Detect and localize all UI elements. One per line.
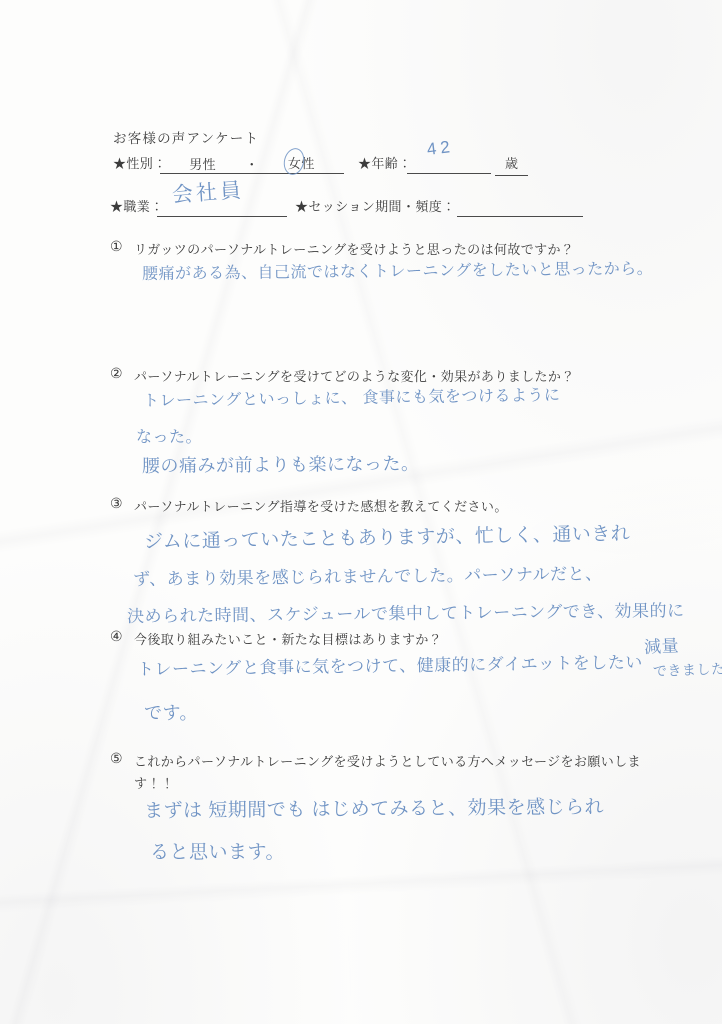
- question-4-number: ④: [110, 629, 123, 646]
- session-label: ★セッション期間・頻度：: [295, 196, 456, 215]
- question-3-number: ③: [110, 496, 123, 513]
- answer-3-overflow-line-2: できました。: [653, 658, 722, 681]
- answer-3-line-1: ジムに通っていたこともありますが、忙しく、通いきれ: [144, 519, 631, 554]
- answer-5-line-1: まずは 短期間でも はじめてみると、効果を感じられ: [144, 792, 604, 823]
- question-4-text: 今後取り組みたいこと・新たな目標はありますか？: [134, 629, 442, 651]
- age-suffix: 歳: [495, 153, 528, 176]
- answer-2-line-3: 腰の痛みが前よりも楽になった。: [142, 450, 420, 478]
- answer-3-line-3: 決められた時間、スケジュールで集中してトレーニングでき、効果的に: [127, 596, 685, 627]
- question-5: ⑤ これからパーソナルトレーニングを受けようとしている方へメッセージをお願いしま…: [110, 751, 641, 795]
- answer-3-overflow-line-1: 減量: [643, 631, 679, 658]
- answer-4-line-1: トレーニングと食事に気をつけて、健康的にダイエットをしたい: [137, 648, 643, 680]
- page-title: お客様の声アンケート: [113, 127, 259, 147]
- question-3-text: パーソナルトレーニング指導を受けた感想を教えてください。: [134, 496, 508, 518]
- answer-5-line-2: ると思います。: [150, 837, 285, 864]
- answer-1-line-1: 腰痛がある為、自己流ではなくトレーニングをしたいと思ったから。: [142, 256, 653, 284]
- gender-field-line: 男性 ・ 女性: [160, 153, 344, 174]
- gender-label: ★性別：: [113, 153, 167, 172]
- age-handwritten-value: 42: [426, 137, 455, 160]
- gender-option-male: 男性: [189, 154, 216, 173]
- occupation-handwritten-value: 会社員: [171, 174, 245, 209]
- answer-3-line-2: ず、あまり効果を感じられませんでした。パーソナルだと、: [133, 559, 603, 590]
- answer-4-line-2: です。: [144, 699, 198, 725]
- gender-option-female: 女性: [288, 153, 315, 173]
- gender-selection-circle-mark: [281, 146, 307, 177]
- age-label: ★年齢：: [358, 153, 412, 172]
- question-5-text-line-1: これからパーソナルトレーニングを受けようとしている方へメッセージをお願いしま: [134, 751, 641, 773]
- gender-option-separator: ・: [245, 154, 258, 173]
- question-2-number: ②: [110, 366, 123, 383]
- answer-2-line-2: なった。: [136, 424, 202, 447]
- answer-2-line-1: トレーニングといっしょに、 食事にも気をつけるように: [143, 382, 561, 411]
- scanned-survey-page: お客様の声アンケート ★性別： 男性 ・ 女性 ★年齢： 42 歳 ★職業： 会…: [0, 0, 722, 1024]
- question-5-text: これからパーソナルトレーニングを受けようとしている方へメッセージをお願いしま す…: [134, 751, 641, 795]
- question-1-number: ①: [110, 239, 123, 256]
- question-5-number: ⑤: [110, 751, 123, 768]
- session-field-line: [457, 196, 583, 217]
- occupation-label: ★職業：: [110, 196, 164, 215]
- question-3: ③ パーソナルトレーニング指導を受けた感想を教えてください。: [110, 496, 508, 518]
- question-4: ④ 今後取り組みたいこと・新たな目標はありますか？: [110, 629, 442, 651]
